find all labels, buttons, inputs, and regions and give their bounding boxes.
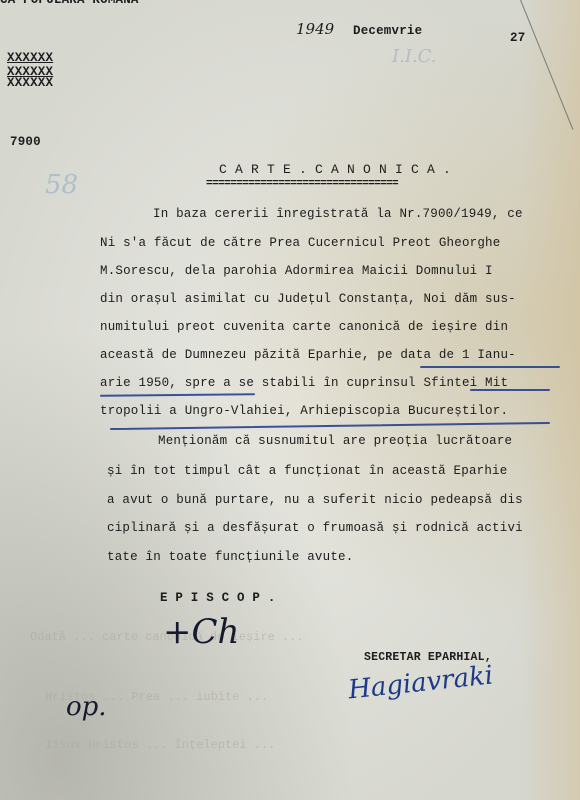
bishop-signature: +Ch: [163, 612, 239, 652]
pen-underline: [420, 366, 560, 368]
body-line: această de Dumnezeu păzită Eparhie, pe d…: [100, 348, 516, 362]
faint-margin-number: 58: [45, 170, 78, 200]
bleed-through-text: Iisus Hristos ... Înțeleptei ...: [45, 738, 275, 752]
redacted-line: XXXXXX: [7, 76, 53, 90]
institution-header-fragment: CA POPULARA ROMANA: [0, 0, 139, 7]
document-title: C A R T E . C A N O N I C A .: [219, 162, 451, 177]
handwritten-year: 1949: [296, 20, 334, 38]
body-line: tropolii a Ungro-Vlahiei, Arhiepiscopia …: [100, 404, 508, 418]
body-line: din orașul asimilat cu Județul Constanța…: [100, 292, 516, 306]
pen-underline: [100, 393, 255, 396]
bishop-label: E P I S C O P .: [160, 591, 276, 605]
body-line: Ni s'a făcut de către Prea Cucernicul Pr…: [100, 236, 500, 250]
date-month: Decemvrie: [353, 24, 422, 38]
body-line: tate în toate funcțiunile avute.: [107, 550, 353, 564]
pen-underline: [470, 389, 550, 391]
faint-stamp-initials: I.I.C.: [392, 46, 437, 67]
body-line: a avut o bună purtare, nu a suferit nici…: [107, 493, 523, 507]
margin-note: op.: [66, 692, 107, 722]
body-line: M.Sorescu, dela parohia Adormirea Maicii…: [100, 264, 493, 278]
redacted-line: XXXXXX: [7, 52, 53, 65]
body-line: și în tot timpul cât a funcționat în ace…: [107, 464, 507, 478]
pen-underline: [110, 422, 550, 430]
secretary-signature: Hagiavraki: [347, 660, 495, 705]
scanned-document-page: Odată ... carte canonică de ieșire ... H…: [0, 0, 580, 800]
body-line: numitului preot cuvenita carte canonică …: [100, 320, 508, 334]
registration-number: 7900: [10, 135, 41, 149]
body-line: In baza cererii înregistrată la Nr.7900/…: [153, 207, 523, 221]
title-underline: ================================: [206, 178, 398, 190]
body-line: arie 1950, spre a se stabili în cuprinsu…: [100, 376, 508, 390]
paper-edge-stain: [520, 0, 580, 800]
date-day: 27: [510, 31, 525, 45]
body-line: ciplinară și a desfășurat o frumoasă și …: [107, 521, 523, 535]
body-line: Menționăm că susnumitul are preoția lucr…: [158, 434, 512, 448]
